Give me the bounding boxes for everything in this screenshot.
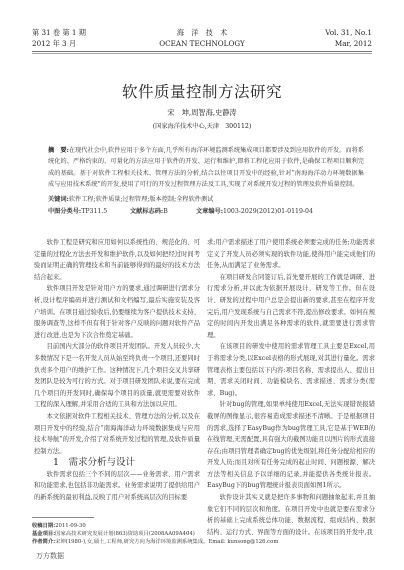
journal-cn: 海 洋 技 术 (32, 28, 372, 37)
author-value: 宋坤(1980-),女,硕士,工程师,研究方向为海洋环境监测系统集成。Email… (55, 539, 278, 545)
paragraph: 针对bug的管理,如果单纯使用Excel,无法实现错误报错截屏的图像显示,很容易… (207, 399, 375, 492)
article-number: 文章编号:1003-2029(2012)01-0119-04 (196, 207, 313, 217)
keywords-text: 软件工程;软件质量;过程管理;版本控制;全程软件测试 (69, 196, 213, 203)
fund-label: 基金项目: (32, 531, 55, 537)
article-no-label: 文章编号: (196, 208, 223, 215)
footnotes: 收稿日期:2011-09-30 基金项目:国家高技术研究发展计划(863)资助项… (32, 522, 374, 547)
abstract-text: 在现代社会中,软件应用于多个方面,几乎所有海洋环境监测系统集成项目都要涉及到应用… (48, 147, 364, 188)
paragraph: 目前国内大部分的软件项目开发团队。开发人员较少,大多数情况下是一名开发人员从始至… (34, 341, 200, 411)
doc-code-value: B (163, 208, 168, 215)
clc-code: 中图分类号:TP311.5 (48, 207, 107, 217)
article-affiliation: (国家海洋技术中心,天津 300112) (0, 121, 404, 130)
fund-value: 国家高技术研究发展计划(863)资助项目(2008AA09A404) (55, 531, 195, 537)
keywords-label: 关键词: (48, 196, 69, 203)
abstract: 摘 要:在现代社会中,软件应用于多个方面,几乎所有海洋环境监测系统集成项目都要涉… (48, 145, 364, 191)
body-right-column: 求;用户需求描述了用户使用系统必须要完成的任务;功能需求定义了开发人员必须实现的… (207, 237, 375, 538)
doc-code-label: 文献标志码: (130, 208, 163, 215)
abstract-label: 摘 要: (48, 147, 69, 154)
received-label: 收稿日期: (32, 523, 55, 529)
received-value: 2011-09-30 (55, 523, 86, 529)
footnote-rule (32, 517, 94, 518)
keywords: 关键词:软件工程;软件质量;过程管理;版本控制;全程软件测试 (48, 195, 364, 205)
clc-label: 中图分类号: (48, 208, 81, 215)
date-en: Mar, 2012 (335, 39, 372, 48)
article-authors: 宋 坤,周智海,史静涛 (0, 108, 404, 118)
received-date: 收稿日期:2011-09-30 (32, 522, 374, 530)
header-rule-thin (32, 53, 372, 54)
paragraph: 本文依据对软件工程相关技术、管理方法的分析,以及在项目开发中的经验,结合“南海海… (34, 411, 200, 457)
author-bio: 作者简介:宋坤(1980-),女,硕士,工程师,研究方向为海洋环境监测系统集成。… (32, 538, 374, 546)
paragraph: 软件工程是研究和应用如何以系统性的、规范化的、可定量的过程化方法去开发和维护软件… (34, 237, 200, 283)
document-code: 文献标志码:B (130, 207, 168, 217)
paragraph: 在该项目的研发中使用的需求管理工具主要是Excel,用于将需求分类,以Excel… (207, 341, 375, 399)
header-rule (32, 51, 372, 52)
paragraph: 求;用户需求描述了用户使用系统必须要完成的任务;功能需求定义了开发人员必须实现的… (207, 237, 375, 272)
source-watermark: 万方数据 (36, 551, 64, 561)
journal-en: OCEAN TECHNOLOGY (32, 39, 372, 48)
body-left-column: 软件工程是研究和应用如何以系统性的、规范化的、可定量的过程化方法去开发和维护软件… (34, 237, 200, 504)
paragraph: 软件项目开发是针对用户方的要求,通过调研进行需求分析,设计程序编码并进行测试和文… (34, 283, 200, 341)
article-no-value: 1003-2029(2012)01-0119-04 (223, 208, 313, 215)
article-title: 软件质量控制方法研究 (0, 80, 404, 102)
fund-info: 基金项目:国家高技术研究发展计划(863)资助项目(2008AA09A404) (32, 530, 374, 538)
author-label: 作者简介: (32, 539, 55, 545)
clc-value: TP311.5 (81, 208, 107, 215)
section-heading: 1 需求分析与设计 (34, 457, 200, 469)
paragraph: 在项目研发合同签订后,首先要开展的工作就是调研、进行需求分析,并以此为依据开展设… (207, 272, 375, 342)
paragraph: 软件需求包括三个不同的层次——业务需求、用户需求和功能需求,也包括非功能需求。业… (34, 469, 200, 504)
volume-en: Vol. 31, No.1 (325, 28, 372, 37)
